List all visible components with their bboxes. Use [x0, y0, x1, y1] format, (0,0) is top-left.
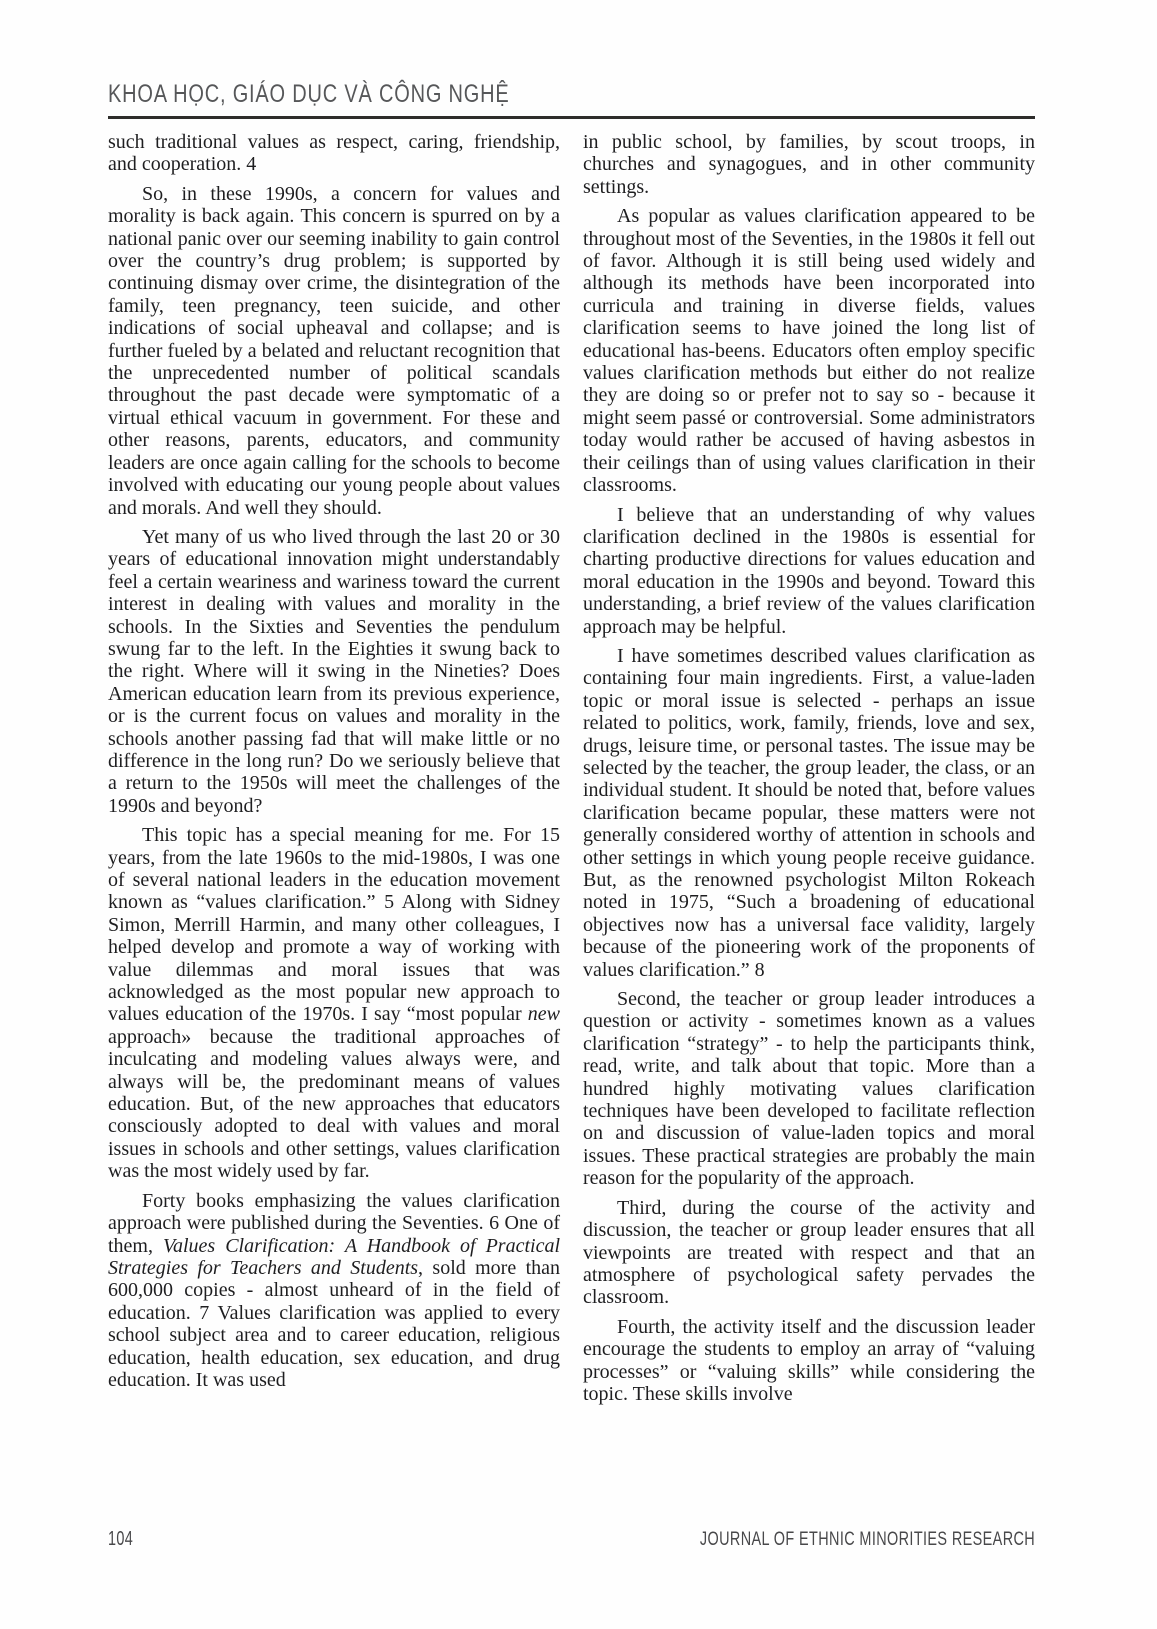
journal-name: JOURNAL OF ETHNIC MINORITIES RESEARCH — [700, 1529, 1035, 1551]
journal-page: KHOA HỌC, GIÁO DỤC VÀ CÔNG NGHỆ such tra… — [0, 0, 1157, 1629]
paragraph: I have sometimes described values clarif… — [583, 645, 1035, 981]
paragraph: So, in these 1990s, a concern for values… — [108, 183, 560, 519]
paragraph: As popular as values clarification appea… — [583, 205, 1035, 496]
paragraph: Forty books emphasizing the values clari… — [108, 1190, 560, 1392]
header-rule — [108, 116, 1035, 119]
page-header-title: KHOA HỌC, GIÁO DỤC VÀ CÔNG NGHỆ — [108, 80, 510, 109]
page-footer: 104 JOURNAL OF ETHNIC MINORITIES RESEARC… — [108, 1528, 1035, 1551]
paragraph: Second, the teacher or group leader intr… — [583, 988, 1035, 1190]
paragraph: in public school, by families, by scout … — [583, 131, 1035, 198]
article-body: such traditional values as respect, cari… — [108, 131, 1035, 1405]
paragraph: Fourth, the activity itself and the disc… — [583, 1316, 1035, 1406]
paragraph: Third, during the course of the activity… — [583, 1197, 1035, 1309]
paragraph: such traditional values as respect, cari… — [108, 131, 560, 176]
paragraph: I believe that an understanding of why v… — [583, 504, 1035, 638]
page-number: 104 — [108, 1528, 133, 1551]
paragraph: Yet many of us who lived through the las… — [108, 526, 560, 817]
right-column: in public school, by families, by scout … — [583, 131, 1035, 1405]
paragraph: This topic has a special meaning for me.… — [108, 824, 560, 1183]
left-column: such traditional values as respect, cari… — [108, 131, 560, 1405]
